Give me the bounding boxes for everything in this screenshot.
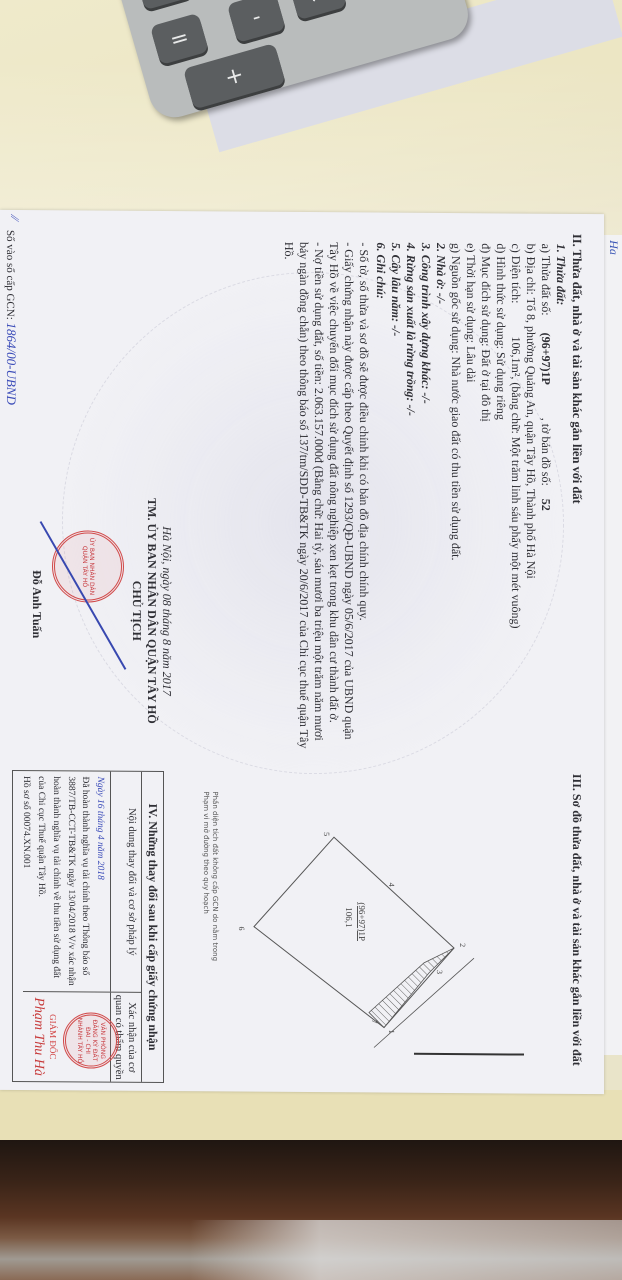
parcel-number: a) Thửa đất số: (96+97)1P , tờ bản đồ số…: [538, 234, 553, 754]
svg-text:1: 1: [387, 1030, 396, 1034]
plot-label: (96+97)1P: [357, 902, 367, 941]
registry-value: 1864/00-UBND: [4, 322, 19, 404]
calculator-key-multiply: ×: [288, 0, 347, 20]
house-line: 2. Nhà ở: -/-: [433, 233, 448, 753]
note-item: - Nợ tiền sử dụng đất, số tiền: 2.063.15…: [281, 242, 326, 752]
land-certificate-page: II. Thửa đất, nhà ở và tài sản khác gắn …: [0, 210, 604, 1094]
notes-list: - Số tờ, số thửa và sơ đồ sẽ được điều c…: [281, 232, 371, 753]
initial-mark: ⁄⁄: [7, 216, 22, 220]
area-label: c) Diện tích:: [509, 243, 523, 303]
changes-content-column: Nội dung thay đổi và cơ sở pháp lý Ngày …: [23, 771, 141, 993]
parcel-value: (96+97)1P: [539, 333, 553, 385]
parcel-label: a) Thửa đất số:: [539, 244, 553, 316]
perennial-line: 5. Cây lâu năm: -/-: [388, 233, 403, 753]
svg-text:3: 3: [435, 970, 444, 974]
map-sheet-label: , tờ bản đồ số:: [539, 418, 553, 486]
area-value: 106,1m², (bằng chữ: Một trăm linh sáu ph…: [509, 336, 523, 628]
change-date: Ngày 16 tháng 4 năm 2018: [92, 777, 107, 987]
registration-office-seal: VĂN PHÒNG ĐĂNG KÝ ĐẤT ĐAI - CHI NHÁNH TÂ…: [63, 1012, 119, 1068]
section4-heading: IV. Những thay đổi sau khi cấp giấy chứn…: [141, 772, 163, 1082]
note-item: - Số tờ, số thửa và sơ đồ sẽ được điều c…: [356, 242, 371, 752]
parcel-address: b) Địa chỉ: Tổ 8, phường Quảng An, quận …: [523, 234, 538, 754]
issuing-org: TM. ỦY BAN NHÂN DÂN QUẬN TÂY HỒ: [144, 481, 159, 741]
table-reflection: [190, 1220, 622, 1280]
note-item: - Giấy chứng nhận này được cấp theo Quyế…: [326, 242, 356, 752]
change-line: Đã hoàn thành nghĩa vụ tài chính theo Th…: [78, 776, 93, 986]
section-land-parcel: II. Thửa đất, nhà ở và tài sản khác gắn …: [281, 232, 584, 754]
change-line: Hồ sơ số 00074.XN.001: [19, 776, 34, 986]
plot-area: 106,1: [344, 907, 354, 927]
change-line: của Chi cục Thuế quận Tây Hồ.: [33, 776, 48, 986]
other-works-line: 3. Công trình xây dựng khác: -/-: [418, 233, 433, 753]
col1-header: Nội dung thay đổi và cơ sở pháp lý: [110, 772, 141, 992]
use-purpose: đ) Mục đích sử dụng: Đất ở tại đô thị: [478, 233, 493, 753]
svg-text:2: 2: [458, 943, 467, 947]
parcel-area: c) Diện tích: 106,1m², (bằng chữ: Một tr…: [508, 233, 523, 753]
signer-role: CHỦ TỊCH: [129, 481, 144, 741]
land-heading: 1. Thửa đất:: [553, 234, 568, 754]
adjacent-sheet-note: Ha: [606, 240, 621, 255]
section4-changes-table: IV. Những thay đổi sau khi cấp giấy chứn…: [12, 770, 164, 1083]
signer-name: Đỗ Anh Tuấn: [29, 570, 44, 638]
plot-diagram: (96+97)1P 106,1 1 2 3 4 5 6 7: [184, 796, 484, 1058]
registry-label: Số vào sổ cấp GCN:: [4, 230, 16, 320]
district-seal: ỦY BAN NHÂN DÂN QUẬN TÂY HỒ: [52, 530, 124, 603]
director-title: GIÁM ĐỐC: [47, 992, 58, 1081]
notes-heading: 6. Ghi chú:: [373, 232, 388, 752]
use-form: d) Hình thức sử dụng: Sử dụng riêng: [493, 233, 508, 753]
map-sheet-value: 52: [539, 499, 553, 511]
use-origin: g) Nguồn gốc sử dụng: Nhà nước giao đất …: [448, 233, 463, 753]
signature-block: Hà Nội, ngày 08 tháng 8 năm 2017 TM. ỦY …: [129, 481, 174, 741]
svg-text:5: 5: [322, 832, 331, 836]
svg-text:7: 7: [370, 1019, 379, 1023]
authority-confirmation-column: Xác nhận của cơ quan có thẩm quyền VĂN P…: [23, 992, 141, 1082]
section3-heading: III. Sơ đồ thửa đất, nhà ở và tài sản kh…: [569, 774, 584, 1066]
calculator-key-minus: -: [227, 0, 286, 43]
change-line: hoàn thành nghĩa vụ tài chính về thu tiề…: [48, 776, 63, 986]
place-date: Hà Nội, ngày 08 tháng 8 năm 2017: [159, 481, 174, 741]
forest-line: 4. Rừng sản xuất là rừng trồng: -/-: [403, 233, 418, 753]
svg-text:6: 6: [237, 927, 246, 931]
legend-line: Phần diện tích đất không cấp GCN do nằm …: [210, 791, 219, 1041]
svg-text:4: 4: [387, 883, 396, 887]
registry-number: Số vào sổ cấp GCN: 1864/00-UBND: [2, 230, 19, 405]
legend-line: Phạm vi mở đường theo quy hoạch: [202, 791, 211, 1041]
plot-legend: Phần diện tích đất không cấp GCN do nằm …: [202, 791, 220, 1041]
certificate-content: II. Thửa đất, nhà ở và tài sản khác gắn …: [0, 210, 604, 1094]
director-signature-name: Phạm Thu Hà: [29, 992, 47, 1081]
use-term: e) Thời hạn sử dụng: Lâu dài: [463, 233, 478, 753]
change-line: 3887/TB-CCT-TB&TK ngày 13/04/2018 V/v xá…: [63, 776, 78, 986]
section2-heading: II. Thửa đất, nhà ở và tài sản khác gắn …: [568, 234, 584, 754]
calculator-key-3: 3: [135, 0, 194, 10]
calculator-key-equals: =: [150, 13, 209, 65]
